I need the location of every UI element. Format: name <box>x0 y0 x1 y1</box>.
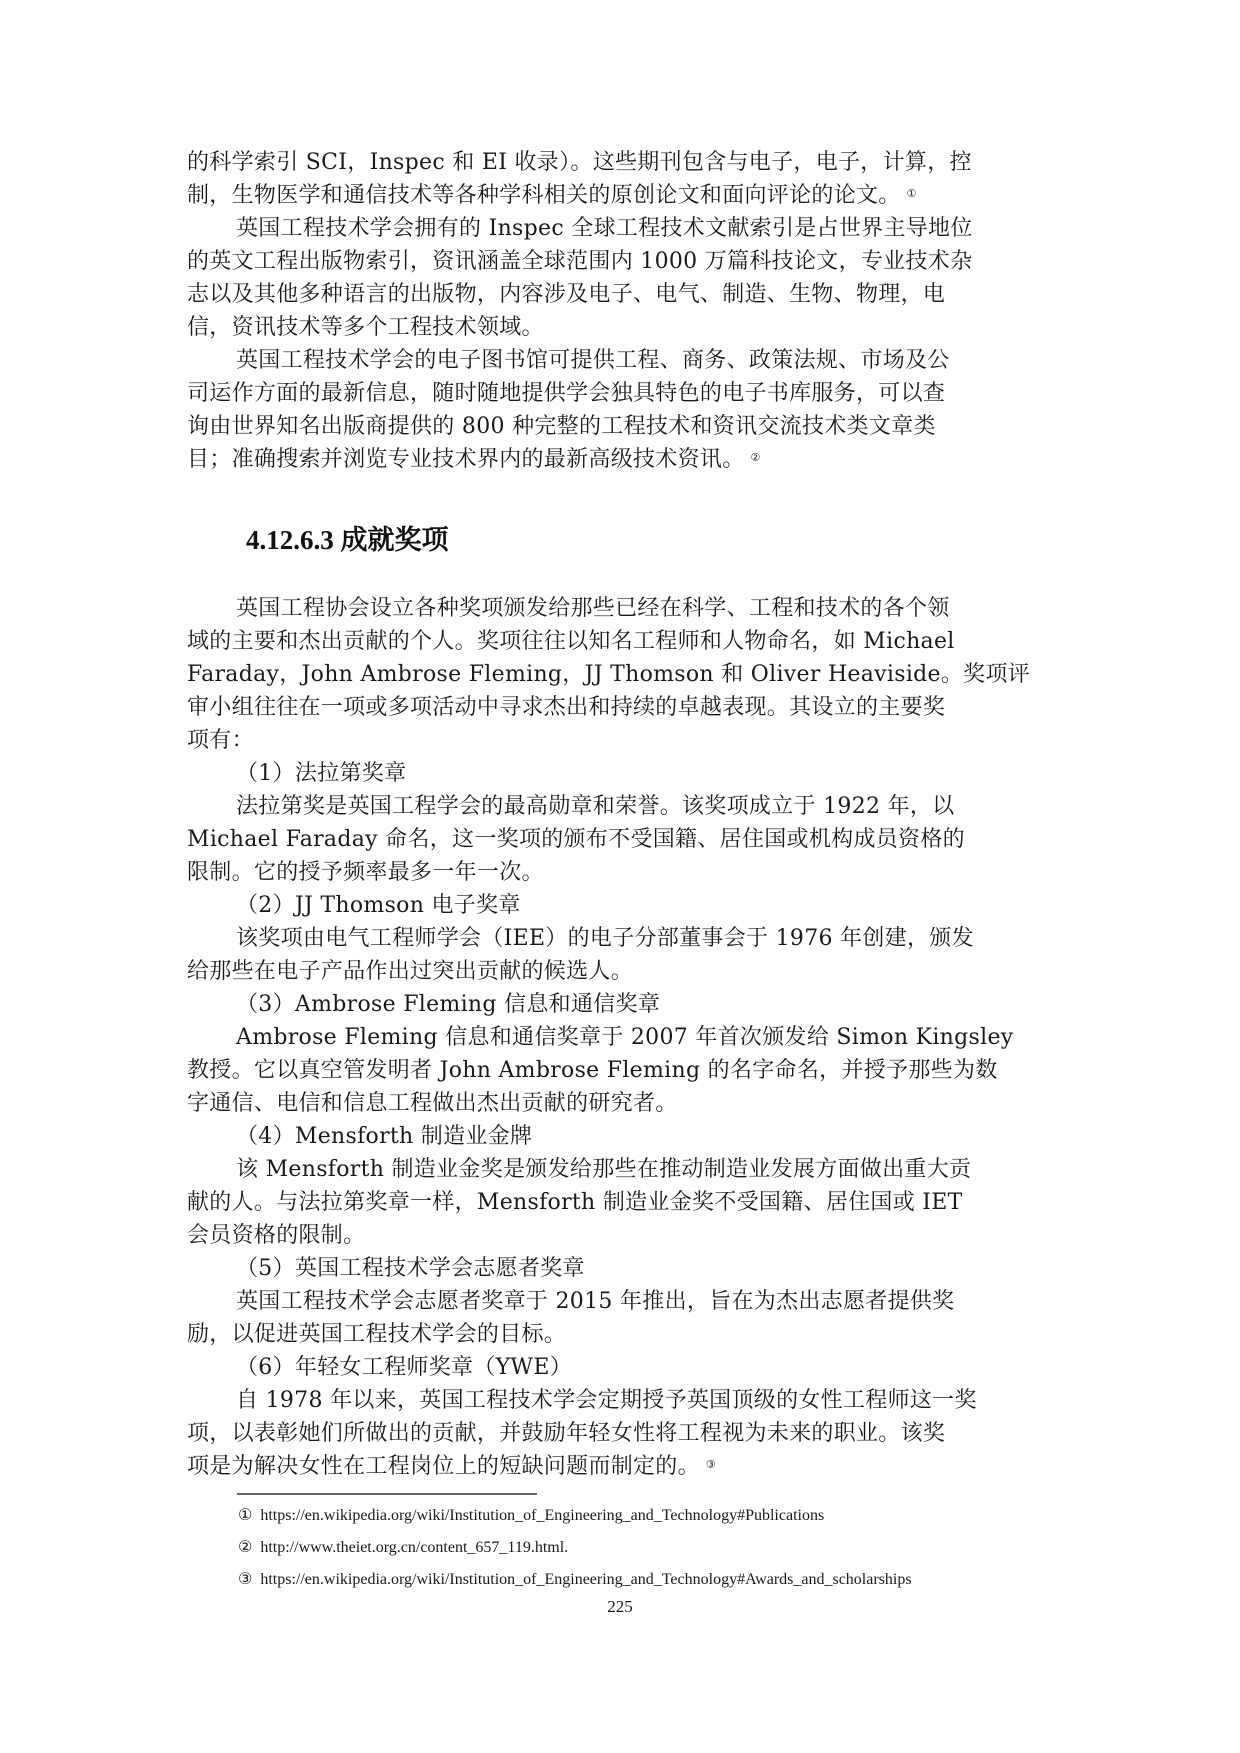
footnote-link[interactable]: https://en.wikipedia.org/wiki/Institutio… <box>260 1507 824 1524</box>
line-text: 教授。它以真空管发明者 John Ambrose Fleming 的名字命名，并… <box>187 1058 998 1083</box>
line-text: 英国工程技术学会拥有的 Inspec 全球工程技术文献索引是占世界主导地位 <box>236 216 973 241</box>
text-line: 项有： <box>187 724 1057 757</box>
line-text: （1）法拉第奖章 <box>236 761 406 786</box>
text-line: 英国工程技术学会的电子图书馆可提供工程、商务、政策法规、市场及公 <box>187 344 1057 377</box>
line-text: 项有： <box>187 728 254 753</box>
text-line: 法拉第奖是英国工程学会的最高勋章和荣誉。该奖项成立于 1922 年，以 <box>187 790 1057 823</box>
text-line: 英国工程协会设立各种奖项颁发给那些已经在科学、工程和技术的各个领 <box>187 592 1057 625</box>
line-text: 信，资讯技术等多个工程技术领域。 <box>187 315 544 340</box>
text-line: 司运作方面的最新信息，随时随地提供学会独具特色的电子书库服务，可以查 <box>187 377 1057 410</box>
text-line: 志以及其他多种语言的出版物，内容涉及电子、电气、制造、生物、物理，电 <box>187 278 1057 311</box>
text-line: 项，以表彰她们所做出的贡献，并鼓励年轻女性将工程视为未来的职业。该奖 <box>187 1417 1057 1450</box>
line-text: 该 Mensforth 制造业金奖是颁发给那些在推动制造业发展方面做出重大贡 <box>236 1157 971 1182</box>
footnote-marker[interactable]: ① <box>907 187 917 200</box>
footnote-item: ①https://en.wikipedia.org/wiki/Instituti… <box>238 1500 912 1532</box>
text-line: 励，以促进英国工程技术学会的目标。 <box>187 1318 1057 1351</box>
line-text: 制，生物医学和通信技术等各种学科相关的原创论文和面向评论的论文。 <box>187 183 901 208</box>
line-text: 英国工程协会设立各种奖项颁发给那些已经在科学、工程和技术的各个领 <box>236 596 950 621</box>
footnote-marker[interactable]: ③ <box>706 1458 716 1471</box>
page-number: 225 <box>0 1597 1240 1617</box>
line-text: 该奖项由电气工程师学会（IEE）的电子分部董事会于 1976 年创建，颁发 <box>236 926 974 951</box>
line-text: 项是为解决女性在工程岗位上的短缺问题而制定的。 <box>187 1454 700 1479</box>
line-text: 自 1978 年以来，英国工程技术学会定期授予英国顶级的女性工程师这一奖 <box>236 1388 977 1413</box>
line-text: （6）年轻女工程师奖章（YWE） <box>236 1355 572 1380</box>
text-line: Michael Faraday 命名，这一奖项的颁布不受国籍、居住国或机构成员资… <box>187 823 1057 856</box>
line-text: 志以及其他多种语言的出版物，内容涉及电子、电气、制造、生物、物理，电 <box>187 282 945 307</box>
text-line: 信，资讯技术等多个工程技术领域。 <box>187 311 1057 344</box>
line-text: 目；准确搜索并浏览专业技术界内的最新高级技术资讯。 <box>187 447 745 472</box>
line-text: （3）Ambrose Fleming 信息和通信奖章 <box>236 992 660 1017</box>
text-line: 该奖项由电气工程师学会（IEE）的电子分部董事会于 1976 年创建，颁发 <box>187 922 1057 955</box>
text-line: 给那些在电子产品作出过突出贡献的候选人。 <box>187 955 1057 988</box>
line-text: 献的人。与法拉第奖章一样，Mensforth 制造业金奖不受国籍、居住国或 IE… <box>187 1190 963 1215</box>
footnote-link[interactable]: https://en.wikipedia.org/wiki/Institutio… <box>260 1571 911 1588</box>
footnote-link[interactable]: http://www.theiet.org.cn/content_657_119… <box>260 1539 568 1556</box>
footnote-number: ③ <box>238 1571 252 1588</box>
line-text: 励，以促进英国工程技术学会的目标。 <box>187 1322 566 1347</box>
line-text: 域的主要和杰出贡献的个人。奖项往往以知名工程师和人物命名，如 Michael <box>187 629 955 654</box>
text-line: （5）英国工程技术学会志愿者奖章 <box>187 1252 1057 1285</box>
line-text: （5）英国工程技术学会志愿者奖章 <box>236 1256 585 1281</box>
text-line: 献的人。与法拉第奖章一样，Mensforth 制造业金奖不受国籍、居住国或 IE… <box>187 1186 1057 1219</box>
text-line: 该 Mensforth 制造业金奖是颁发给那些在推动制造业发展方面做出重大贡 <box>187 1153 1057 1186</box>
line-text: 英国工程技术学会志愿者奖章于 2015 年推出，旨在为杰出志愿者提供奖 <box>236 1289 954 1314</box>
awards-paragraphs: 英国工程协会设立各种奖项颁发给那些已经在科学、工程和技术的各个领域的主要和杰出贡… <box>187 592 1057 1483</box>
footnote-item: ②http://www.theiet.org.cn/content_657_11… <box>238 1532 912 1564</box>
line-text: Faraday，John Ambrose Fleming，JJ Thomson … <box>187 662 1030 687</box>
line-text: Ambrose Fleming 信息和通信奖章于 2007 年首次颁发给 Sim… <box>236 1025 1014 1050</box>
text-line: Ambrose Fleming 信息和通信奖章于 2007 年首次颁发给 Sim… <box>187 1021 1057 1054</box>
text-line: 审小组往往在一项或多项活动中寻求杰出和持续的卓越表现。其设立的主要奖 <box>187 691 1057 724</box>
line-text: 会员资格的限制。 <box>187 1223 365 1248</box>
line-text: （2）JJ Thomson 电子奖章 <box>236 893 521 918</box>
line-text: 限制。它的授予频率最多一年一次。 <box>187 860 544 885</box>
text-line: 会员资格的限制。 <box>187 1219 1057 1252</box>
text-line: 字通信、电信和信息工程做出杰出贡献的研究者。 <box>187 1087 1057 1120</box>
line-text: 法拉第奖是英国工程学会的最高勋章和荣誉。该奖项成立于 1922 年，以 <box>236 794 954 819</box>
text-line: 的英文工程出版物索引，资讯涵盖全球范围内 1000 万篇科技论文，专业技术杂 <box>187 245 1057 278</box>
text-line: 限制。它的授予频率最多一年一次。 <box>187 856 1057 889</box>
text-line: （4）Mensforth 制造业金牌 <box>187 1120 1057 1153</box>
top-paragraphs: 的科学索引 SCI，Inspec 和 EI 收录）。这些期刊包含与电子，电子，计… <box>187 146 1057 476</box>
footnote-item: ③https://en.wikipedia.org/wiki/Instituti… <box>238 1564 912 1596</box>
line-text: 英国工程技术学会的电子图书馆可提供工程、商务、政策法规、市场及公 <box>236 348 950 373</box>
footnote-number: ② <box>238 1539 252 1556</box>
text-line: Faraday，John Ambrose Fleming，JJ Thomson … <box>187 658 1057 691</box>
line-text: 给那些在电子产品作出过突出贡献的候选人。 <box>187 959 633 984</box>
line-text: 字通信、电信和信息工程做出杰出贡献的研究者。 <box>187 1091 678 1116</box>
text-line: 询由世界知名出版商提供的 800 种完整的工程技术和资讯交流技术类文章类 <box>187 410 1057 443</box>
line-text: Michael Faraday 命名，这一奖项的颁布不受国籍、居住国或机构成员资… <box>187 827 965 852</box>
text-line: 英国工程技术学会拥有的 Inspec 全球工程技术文献索引是占世界主导地位 <box>187 212 1057 245</box>
text-line: （2）JJ Thomson 电子奖章 <box>187 889 1057 922</box>
document-page: 的科学索引 SCI，Inspec 和 EI 收录）。这些期刊包含与电子，电子，计… <box>0 0 1240 1753</box>
text-line: 项是为解决女性在工程岗位上的短缺问题而制定的。③ <box>187 1450 1057 1483</box>
text-line: 英国工程技术学会志愿者奖章于 2015 年推出，旨在为杰出志愿者提供奖 <box>187 1285 1057 1318</box>
footnote-marker[interactable]: ② <box>751 451 761 464</box>
text-line: 教授。它以真空管发明者 John Ambrose Fleming 的名字命名，并… <box>187 1054 1057 1087</box>
line-text: 询由世界知名出版商提供的 800 种完整的工程技术和资讯交流技术类文章类 <box>187 414 936 439</box>
text-line: 的科学索引 SCI，Inspec 和 EI 收录）。这些期刊包含与电子，电子，计… <box>187 146 1057 179</box>
text-line: （6）年轻女工程师奖章（YWE） <box>187 1351 1057 1384</box>
text-line: 制，生物医学和通信技术等各种学科相关的原创论文和面向评论的论文。① <box>187 179 1057 212</box>
line-text: 项，以表彰她们所做出的贡献，并鼓励年轻女性将工程视为未来的职业。该奖 <box>187 1421 945 1446</box>
line-text: 的英文工程出版物索引，资讯涵盖全球范围内 1000 万篇科技论文，专业技术杂 <box>187 249 972 274</box>
line-text: 的科学索引 SCI，Inspec 和 EI 收录）。这些期刊包含与电子，电子，计… <box>187 150 972 175</box>
footnote-divider <box>237 1493 537 1495</box>
section-heading: 4.12.6.3 成就奖项 <box>246 518 449 557</box>
footnotes: ①https://en.wikipedia.org/wiki/Instituti… <box>238 1500 912 1596</box>
line-text: 司运作方面的最新信息，随时随地提供学会独具特色的电子书库服务，可以查 <box>187 381 945 406</box>
line-text: 审小组往往在一项或多项活动中寻求杰出和持续的卓越表现。其设立的主要奖 <box>187 695 945 720</box>
text-line: （1）法拉第奖章 <box>187 757 1057 790</box>
line-text: （4）Mensforth 制造业金牌 <box>236 1124 532 1149</box>
text-line: 域的主要和杰出贡献的个人。奖项往往以知名工程师和人物命名，如 Michael <box>187 625 1057 658</box>
text-line: 自 1978 年以来，英国工程技术学会定期授予英国顶级的女性工程师这一奖 <box>187 1384 1057 1417</box>
footnote-number: ① <box>238 1507 252 1524</box>
text-line: 目；准确搜索并浏览专业技术界内的最新高级技术资讯。② <box>187 443 1057 476</box>
text-line: （3）Ambrose Fleming 信息和通信奖章 <box>187 988 1057 1021</box>
